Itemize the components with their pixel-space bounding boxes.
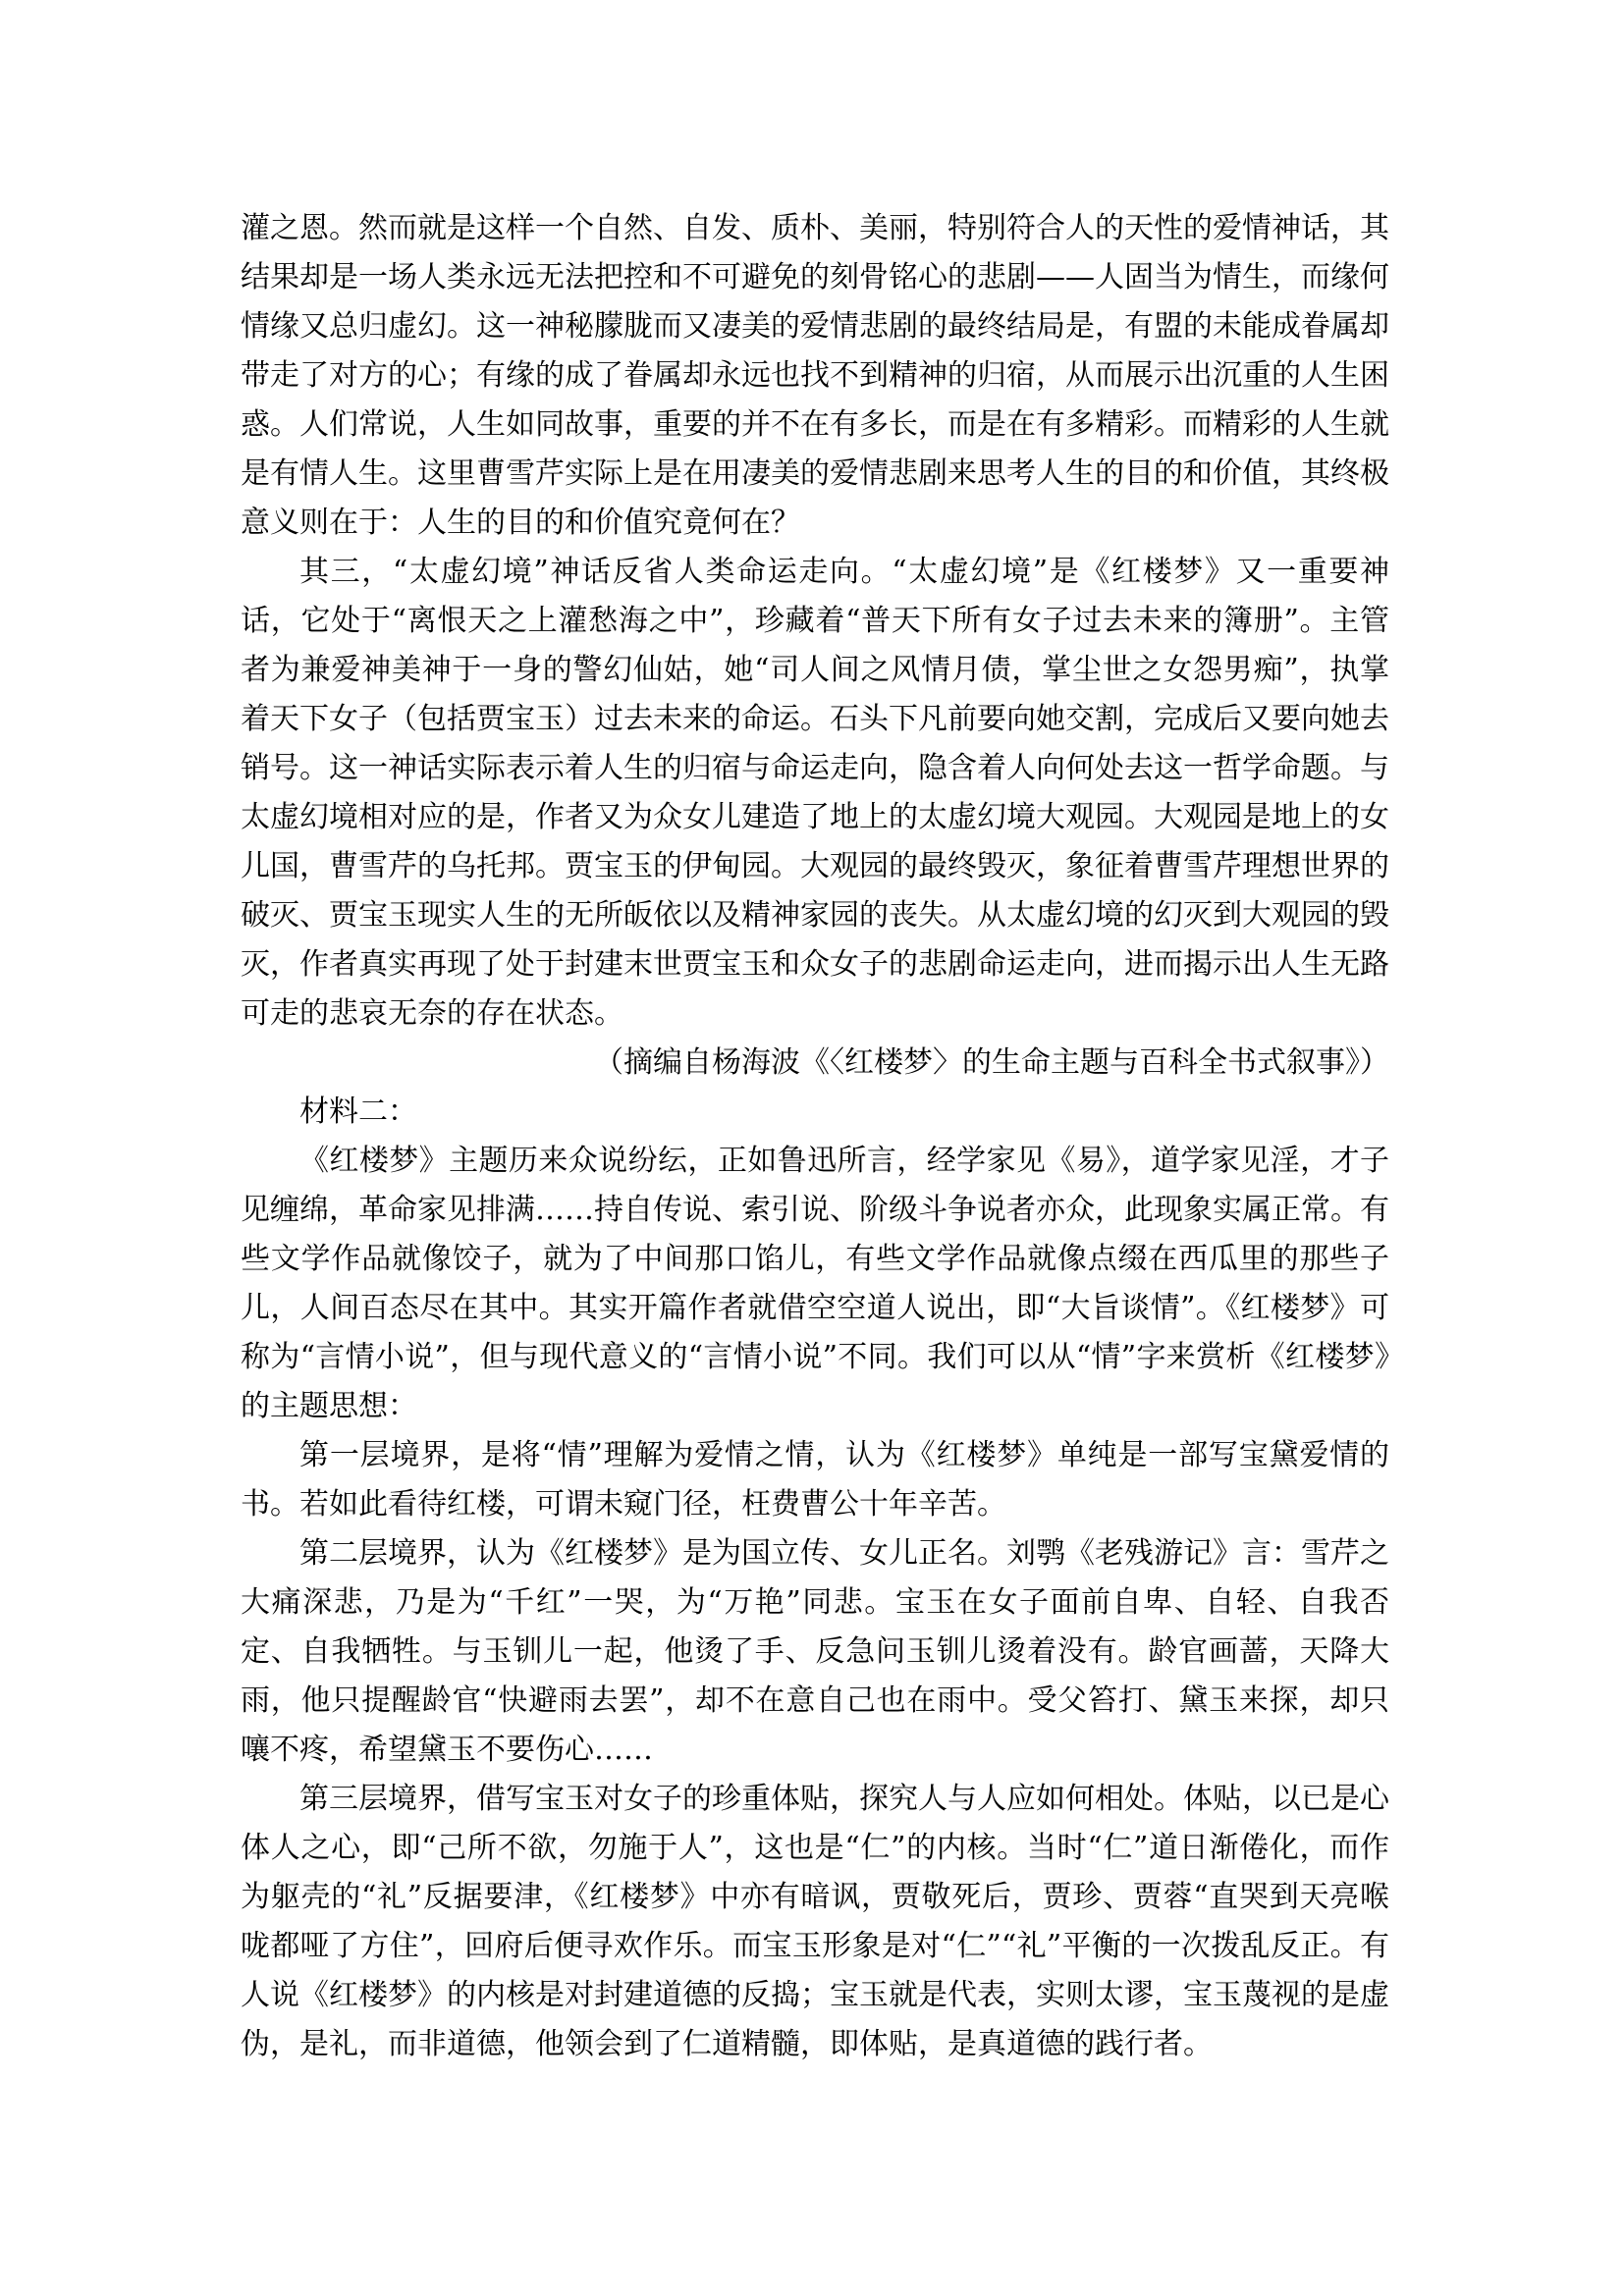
passage-paragraph-level-one: 第一层境界，是将“情”理解为爱情之情，认为《红楼梦》单纯是一部写宝黛爱情的书。若…: [241, 1431, 1389, 1529]
passage-paragraph-level-three: 第三层境界，借写宝玉对女子的珍重体贴，探究人与人应如何相处。体贴，以已是心体人之…: [241, 1775, 1389, 2069]
passage-paragraph-point-three: 其三，“太虚幻境”神话反省人类命运走向。“太虚幻境”是《红楼梦》又一重要神话，它…: [241, 548, 1389, 1039]
passage-paragraph-level-two: 第二层境界，认为《红楼梦》是为国立传、女儿正名。刘鹗《老残游记》言：雪芹之大痛深…: [241, 1529, 1389, 1775]
passage-paragraph-continuation: 灌之恩。然而就是这样一个自然、自发、质朴、美丽，特别符合人的天性的爱情神话，其结…: [241, 204, 1389, 548]
material-2-heading: 材料二：: [241, 1088, 1389, 1137]
passage-paragraph-material2-intro: 《红楼梦》主题历来众说纷纭，正如鲁迅所言，经学家见《易》，道学家见淫，才子见缠绵…: [241, 1137, 1389, 1431]
citation-line: （摘编自杨海波《〈红楼梦〉的生命主题与百科全书式叙事》）: [241, 1039, 1389, 1088]
document-page: 灌之恩。然而就是这样一个自然、自发、质朴、美丽，特别符合人的天性的爱情神话，其结…: [0, 0, 1624, 2296]
